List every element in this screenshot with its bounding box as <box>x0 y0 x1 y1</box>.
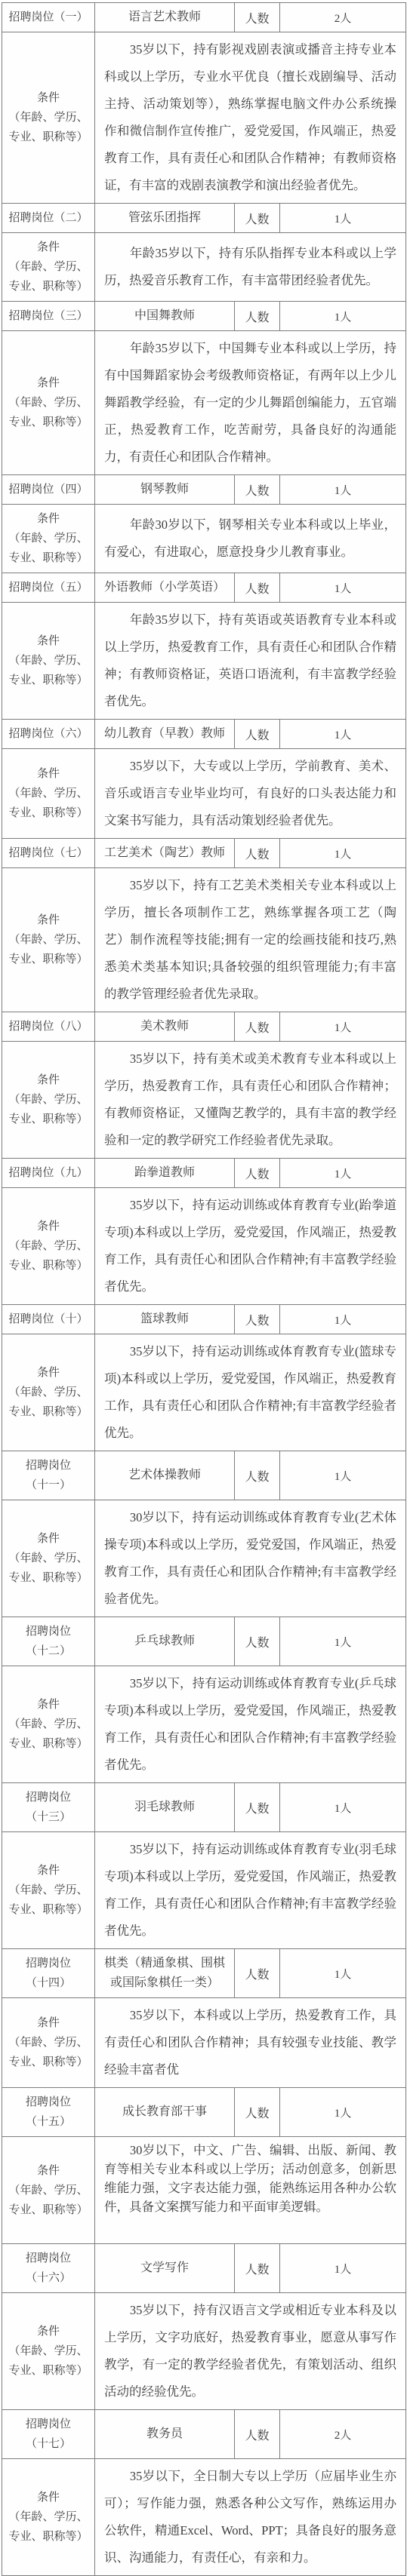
position-row-label: 招聘岗位（一） <box>2 3 95 32</box>
position-row-17: 招聘岗位 （十七） 教务员 人数 2人 <box>2 2410 406 2459</box>
condition-row-5: 条件 （年龄、学历、 专业、职称等） 年龄35岁以下，持有英语或英语教育专业本科… <box>2 603 406 720</box>
position-row-label: 招聘岗位（四） <box>2 475 95 505</box>
headcount-value: 1人 <box>280 1783 406 1832</box>
condition-label: 条件 （年龄、学历、 专业、职称等） <box>2 1832 95 1949</box>
position-row-label: 招聘岗位（十） <box>2 1305 95 1334</box>
condition-text: 35岁以下，本科或以上学历，热爱教育工作，具有责任心和团队合作精神；具有较强专业… <box>95 1998 406 2088</box>
position-row-label: 招聘岗位 （十一） <box>2 1451 95 1500</box>
position-row-11: 招聘岗位 （十一） 艺术体操教师 人数 1人 <box>2 1451 406 1500</box>
position-title: 外语教师（小学英语） <box>95 573 235 603</box>
condition-text: 35岁以下，持有工艺美术类相关专业本科或以上学历，擅长各项制作工艺，熟练掌握各项… <box>95 868 406 1012</box>
condition-label: 条件 （年龄、学历、 专业、职称等） <box>2 32 95 204</box>
position-title: 篮球教师 <box>95 1305 235 1334</box>
headcount-label: 人数 <box>235 2244 280 2293</box>
headcount-value: 1人 <box>280 2244 406 2293</box>
position-title: 教务员 <box>95 2410 235 2459</box>
condition-text: 35岁以下，持有影视戏剧表演或播音主持专业本科或以上学历，专业水平优良（擅长戏剧… <box>95 32 406 204</box>
condition-row-13: 条件 （年龄、学历、 专业、职称等） 35岁以下，持有运动训练或体育教育专业(羽… <box>2 1832 406 1949</box>
condition-label: 条件 （年龄、学历、 专业、职称等） <box>2 505 95 573</box>
position-row-6: 招聘岗位（六） 幼儿教育（早教）教师 人数 1人 <box>2 720 406 749</box>
condition-text: 35岁以下，持有运动训练或体育教育专业(乒乓球专项)本科或以上学历，爱党爱国，作… <box>95 1666 406 1783</box>
condition-label: 条件 （年龄、学历、 专业、职称等） <box>2 2459 95 2576</box>
condition-row-3: 条件 （年龄、学历、 专业、职称等） 年龄35岁以下，中国舞专业本科或以上学历，… <box>2 331 406 475</box>
position-row-label: 招聘岗位（五） <box>2 573 95 603</box>
position-row-13: 招聘岗位 （十三） 羽毛球教师 人数 1人 <box>2 1783 406 1832</box>
headcount-value: 1人 <box>280 573 406 603</box>
condition-row-7: 条件 （年龄、学历、 专业、职称等） 35岁以下，持有工艺美术类相关专业本科或以… <box>2 868 406 1012</box>
headcount-label: 人数 <box>235 1451 280 1500</box>
position-row-label: 招聘岗位（六） <box>2 720 95 749</box>
condition-text: 年龄35岁以下，持有英语或英语教育专业本科或以上学历，热爱教育工作，具有责任心和… <box>95 603 406 720</box>
headcount-value: 1人 <box>280 1949 406 1998</box>
condition-row-6: 条件 （年龄、学历、 专业、职称等） 35岁以下，大专或以上学历，学前教育、美术… <box>2 749 406 839</box>
recruitment-table: 招聘岗位（一） 语言艺术教师 人数 2人 条件 （年龄、学历、 专业、职称等） … <box>2 2 406 2576</box>
headcount-label: 人数 <box>235 1617 280 1666</box>
position-title: 幼儿教育（早教）教师 <box>95 720 235 749</box>
condition-label: 条件 （年龄、学历、 专业、职称等） <box>2 1042 95 1159</box>
recruitment-notice-page: 招聘岗位（一） 语言艺术教师 人数 2人 条件 （年龄、学历、 专业、职称等） … <box>0 2 407 2576</box>
position-title: 成长教育部干事 <box>95 2088 235 2137</box>
position-title: 美术教师 <box>95 1012 235 1042</box>
condition-row-4: 条件 （年龄、学历、 专业、职称等） 年龄30岁以下，钢琴相关专业本科或以上毕业… <box>2 505 406 573</box>
condition-label: 条件 （年龄、学历、 专业、职称等） <box>2 1998 95 2088</box>
position-row-16: 招聘岗位 （十六） 文学写作 人数 1人 <box>2 2244 406 2293</box>
position-title: 钢琴教师 <box>95 475 235 505</box>
headcount-value: 2人 <box>280 2410 406 2459</box>
position-row-label: 招聘岗位 （十四） <box>2 1949 95 1998</box>
headcount-value: 1人 <box>280 2088 406 2137</box>
position-title: 管弦乐团指挥 <box>95 204 235 233</box>
headcount-value: 1人 <box>280 1305 406 1334</box>
headcount-label: 人数 <box>235 1949 280 1998</box>
position-title: 羽毛球教师 <box>95 1783 235 1832</box>
position-row-5: 招聘岗位（五） 外语教师（小学英语） 人数 1人 <box>2 573 406 603</box>
headcount-value: 1人 <box>280 1012 406 1042</box>
headcount-value: 1人 <box>280 1451 406 1500</box>
condition-label: 条件 （年龄、学历、 专业、职称等） <box>2 868 95 1012</box>
headcount-label: 人数 <box>235 1012 280 1042</box>
headcount-label: 人数 <box>235 1159 280 1188</box>
condition-text: 35岁以下，大专或以上学历，学前教育、美术、音乐或语言专业毕业均可，有良好的口头… <box>95 749 406 839</box>
condition-label: 条件 （年龄、学历、 专业、职称等） <box>2 1666 95 1783</box>
headcount-value: 2人 <box>280 3 406 32</box>
condition-label: 条件 （年龄、学历、 专业、职称等） <box>2 1500 95 1617</box>
headcount-label: 人数 <box>235 720 280 749</box>
headcount-label: 人数 <box>235 2088 280 2137</box>
position-row-label: 招聘岗位 （十三） <box>2 1783 95 1832</box>
condition-label: 条件 （年龄、学历、 专业、职称等） <box>2 603 95 720</box>
headcount-value: 1人 <box>280 839 406 868</box>
condition-row-2: 条件 （年龄、学历、 专业、职称等） 年龄35岁以下，持有乐队指挥专业本科或以上… <box>2 233 406 302</box>
position-row-7: 招聘岗位（七） 工艺美术（陶艺）教师 人数 1人 <box>2 839 406 868</box>
condition-text: 35岁以下，持有运动训练或体育教育专业(篮球专项)本科或以上学历，爱党爱国，作风… <box>95 1334 406 1451</box>
condition-label: 条件 （年龄、学历、 专业、职称等） <box>2 1334 95 1451</box>
position-row-3: 招聘岗位（三） 中国舞教师 人数 1人 <box>2 302 406 331</box>
position-row-label: 招聘岗位 （十五） <box>2 2088 95 2137</box>
headcount-label: 人数 <box>235 1305 280 1334</box>
condition-text: 年龄30岁以下，钢琴相关专业本科或以上毕业，有爱心，有进取心，愿意投身少儿教育事… <box>95 505 406 573</box>
headcount-label: 人数 <box>235 302 280 331</box>
position-title: 乒乓球教师 <box>95 1617 235 1666</box>
condition-row-10: 条件 （年龄、学历、 专业、职称等） 35岁以下，持有运动训练或体育教育专业(篮… <box>2 1334 406 1451</box>
condition-row-16: 条件 （年龄、学历、 专业、职称等） 35岁以下，持有汉语言文学或相近专业本科及… <box>2 2293 406 2410</box>
condition-text: 35岁以下，持有运动训练或体育教育专业(跆拳道专项)本科或以上学历，爱党爱国，作… <box>95 1188 406 1305</box>
condition-label: 条件 （年龄、学历、 专业、职称等） <box>2 1188 95 1305</box>
position-row-label: 招聘岗位 （十二） <box>2 1617 95 1666</box>
position-row-8: 招聘岗位（八） 美术教师 人数 1人 <box>2 1012 406 1042</box>
position-row-label: 招聘岗位（七） <box>2 839 95 868</box>
position-row-label: 招聘岗位（三） <box>2 302 95 331</box>
position-title: 工艺美术（陶艺）教师 <box>95 839 235 868</box>
condition-row-11: 条件 （年龄、学历、 专业、职称等） 30岁以下，持有运动训练或体育教育专业(艺… <box>2 1500 406 1617</box>
condition-text: 35岁以下，持有汉语言文学或相近专业本科及以上学历，文字功底好，热爱教育事业，愿… <box>95 2293 406 2410</box>
position-row-9: 招聘岗位（九） 跆拳道教师 人数 1人 <box>2 1159 406 1188</box>
position-row-label: 招聘岗位（二） <box>2 204 95 233</box>
position-row-label: 招聘岗位 （十七） <box>2 2410 95 2459</box>
headcount-label: 人数 <box>235 3 280 32</box>
condition-label: 条件 （年龄、学历、 专业、职称等） <box>2 331 95 475</box>
headcount-label: 人数 <box>235 475 280 505</box>
condition-text: 35岁以下，持有运动训练或体育教育专业(羽毛球专项)本科或以上学历，爱党爱国，作… <box>95 1832 406 1949</box>
headcount-label: 人数 <box>235 1783 280 1832</box>
position-title: 跆拳道教师 <box>95 1159 235 1188</box>
condition-text: 年龄35岁以下，中国舞专业本科或以上学历，持有中国舞蹈家协会考级教师资格证，有两… <box>95 331 406 475</box>
condition-label: 条件 （年龄、学历、 专业、职称等） <box>2 2293 95 2410</box>
condition-text: 30岁以下，持有运动训练或体育教育专业(艺术体操专项)本科或以上学历，爱党爱国，… <box>95 1500 406 1617</box>
position-row-12: 招聘岗位 （十二） 乒乓球教师 人数 1人 <box>2 1617 406 1666</box>
position-row-15: 招聘岗位 （十五） 成长教育部干事 人数 1人 <box>2 2088 406 2137</box>
headcount-value: 1人 <box>280 302 406 331</box>
headcount-value: 1人 <box>280 1617 406 1666</box>
headcount-label: 人数 <box>235 839 280 868</box>
condition-row-12: 条件 （年龄、学历、 专业、职称等） 35岁以下，持有运动训练或体育教育专业(乒… <box>2 1666 406 1783</box>
headcount-value: 1人 <box>280 1159 406 1188</box>
position-row-label: 招聘岗位（九） <box>2 1159 95 1188</box>
condition-text: 35岁以下，持有美术或美术教育专业本科或以上学历，热爱教育工作，具有责任心和团队… <box>95 1042 406 1159</box>
position-row-label: 招聘岗位（八） <box>2 1012 95 1042</box>
position-row-label: 招聘岗位 （十六） <box>2 2244 95 2293</box>
headcount-label: 人数 <box>235 204 280 233</box>
position-row-1: 招聘岗位（一） 语言艺术教师 人数 2人 <box>2 3 406 32</box>
condition-label: 条件 （年龄、学历、 专业、职称等） <box>2 2137 95 2244</box>
recruitment-table-body: 招聘岗位（一） 语言艺术教师 人数 2人 条件 （年龄、学历、 专业、职称等） … <box>2 3 406 2576</box>
position-row-4: 招聘岗位（四） 钢琴教师 人数 1人 <box>2 475 406 505</box>
headcount-label: 人数 <box>235 2410 280 2459</box>
condition-text: 35岁以下，全日制大专以上学历（应届毕业生亦可）；写作能力强，熟悉各种公文写作，… <box>95 2459 406 2576</box>
condition-row-17: 条件 （年龄、学历、 专业、职称等） 35岁以下，全日制大专以上学历（应届毕业生… <box>2 2459 406 2576</box>
condition-row-15: 条件 （年龄、学历、 专业、职称等） 30岁以下，中文、广告、编辑、出版、新闻、… <box>2 2137 406 2244</box>
condition-row-8: 条件 （年龄、学历、 专业、职称等） 35岁以下，持有美术或美术教育专业本科或以… <box>2 1042 406 1159</box>
condition-text: 30岁以下，中文、广告、编辑、出版、新闻、教育等相关专业本科或以上学历；活动创意… <box>95 2137 406 2244</box>
position-title: 棋类（精通象棋、围棋或国际象棋任一类） <box>95 1949 235 1998</box>
headcount-label: 人数 <box>235 573 280 603</box>
headcount-value: 1人 <box>280 720 406 749</box>
condition-text: 年龄35岁以下，持有乐队指挥专业本科或以上学历，热爱音乐教育工作，有丰富带团经验… <box>95 233 406 302</box>
condition-label: 条件 （年龄、学历、 专业、职称等） <box>2 233 95 302</box>
headcount-value: 1人 <box>280 475 406 505</box>
position-title: 中国舞教师 <box>95 302 235 331</box>
position-row-2: 招聘岗位（二） 管弦乐团指挥 人数 1人 <box>2 204 406 233</box>
condition-row-9: 条件 （年龄、学历、 专业、职称等） 35岁以下，持有运动训练或体育教育专业(跆… <box>2 1188 406 1305</box>
condition-row-14: 条件 （年龄、学历、 专业、职称等） 35岁以下，本科或以上学历，热爱教育工作，… <box>2 1998 406 2088</box>
headcount-value: 1人 <box>280 204 406 233</box>
position-row-10: 招聘岗位（十） 篮球教师 人数 1人 <box>2 1305 406 1334</box>
position-row-14: 招聘岗位 （十四） 棋类（精通象棋、围棋或国际象棋任一类） 人数 1人 <box>2 1949 406 1998</box>
position-title: 语言艺术教师 <box>95 3 235 32</box>
position-title: 文学写作 <box>95 2244 235 2293</box>
condition-label: 条件 （年龄、学历、 专业、职称等） <box>2 749 95 839</box>
condition-row-1: 条件 （年龄、学历、 专业、职称等） 35岁以下，持有影视戏剧表演或播音主持专业… <box>2 32 406 204</box>
position-title: 艺术体操教师 <box>95 1451 235 1500</box>
